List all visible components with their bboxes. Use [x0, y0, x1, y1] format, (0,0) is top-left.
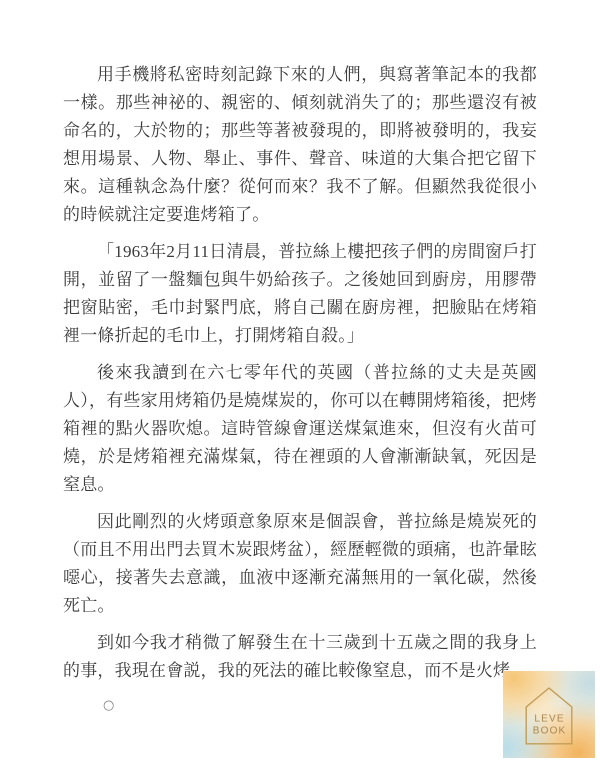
logo-text-line2: BOOK	[533, 726, 567, 737]
paragraph: 「1963年2月11日清晨，普拉絲上樓把孩子們的房間窗戶打開，並留了一盤麵包與牛…	[63, 238, 537, 350]
section-break-marker: ○	[63, 694, 537, 716]
body-text: 用手機將私密時刻記錄下來的人們，與寫著筆記本的我都一樣。那些神祕的、親密的、傾刻…	[63, 61, 537, 716]
house-icon: LEVE BOOK	[525, 687, 573, 745]
paragraph: 後來我讀到在六七零年代的英國（普拉絲的丈夫是英國人），有些家用烤箱仍是燒煤炭的，…	[63, 359, 537, 499]
paragraph: 到如今我才稍微了解發生在十三歲到十五歲之間的我身上的事，我現在會説，我的死法的確…	[63, 629, 537, 685]
circle-glyph: ○	[103, 698, 115, 713]
publisher-logo: LEVE BOOK	[503, 671, 595, 758]
logo-text-line1: LEVE	[534, 714, 564, 725]
paragraph: 用手機將私密時刻記錄下來的人們，與寫著筆記本的我都一樣。那些神祕的、親密的、傾刻…	[63, 61, 537, 229]
paragraph: 因此剛烈的火烤頭意象原來是個誤會，普拉絲是燒炭死的（而且不用出門去買木炭跟烤盆）…	[63, 508, 537, 620]
book-page: 用手機將私密時刻記錄下來的人們，與寫著筆記本的我都一樣。那些神祕的、親密的、傾刻…	[0, 0, 600, 771]
